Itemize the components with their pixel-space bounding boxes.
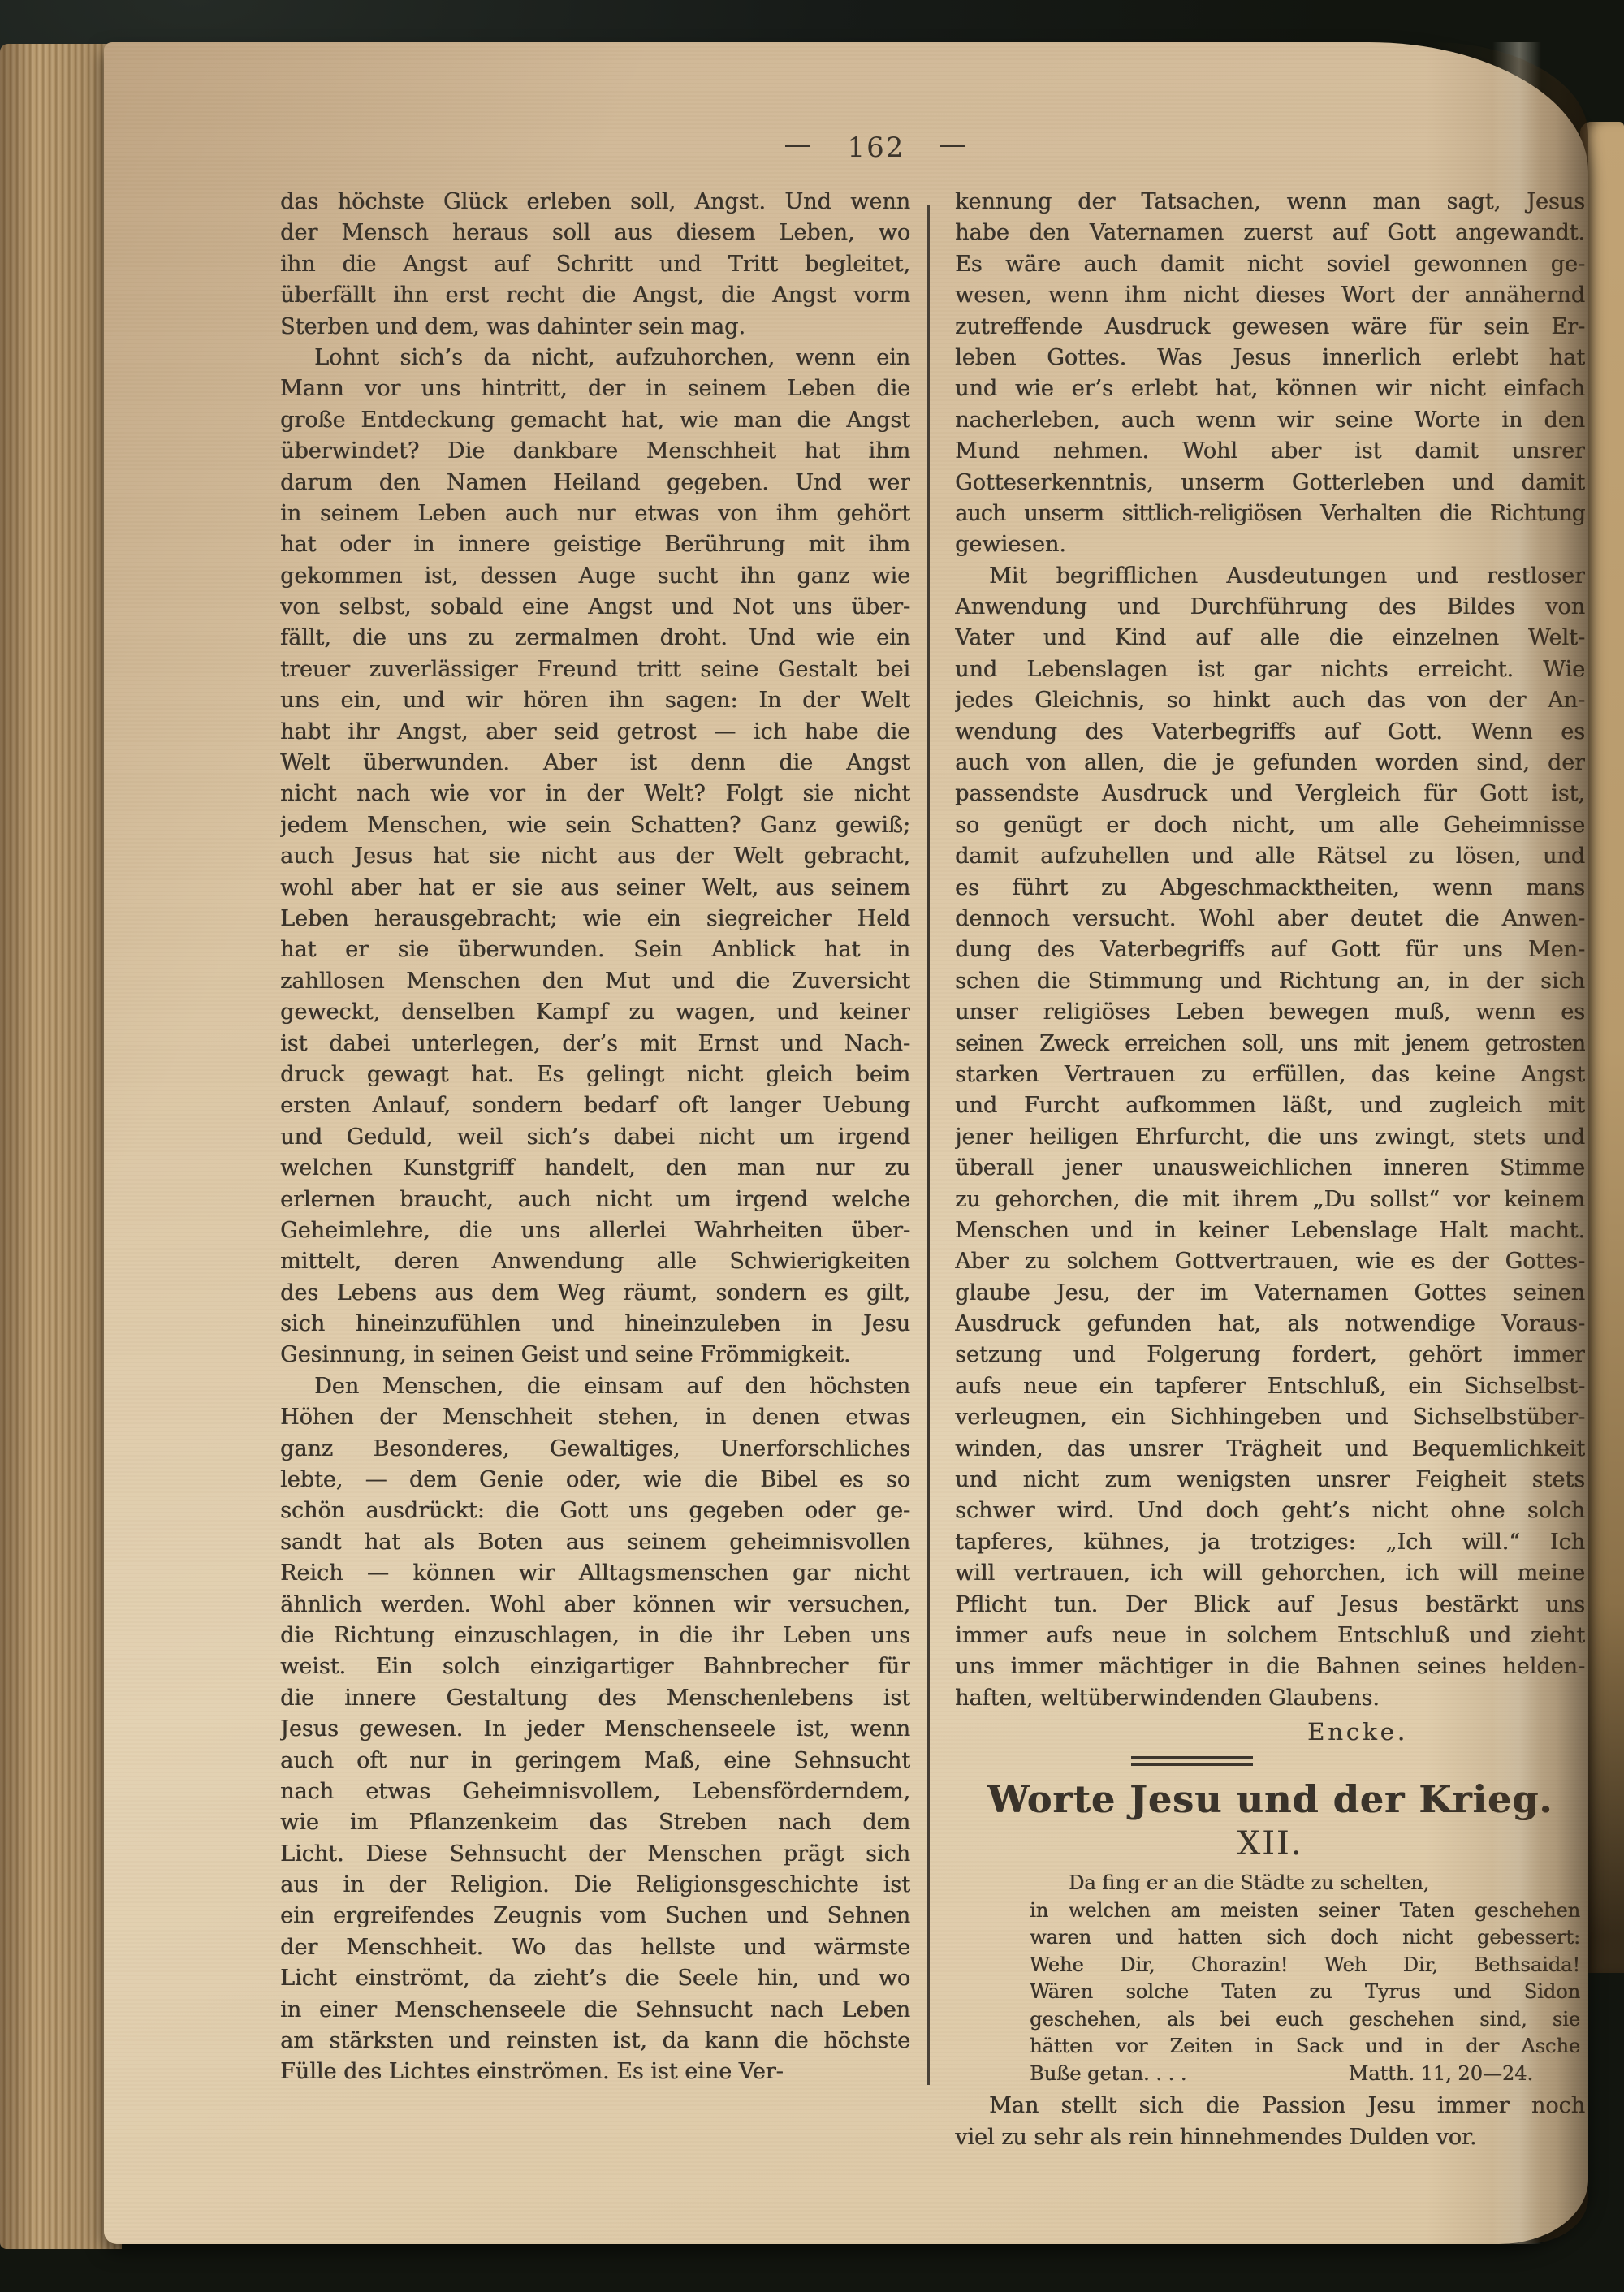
text-line: die innere Gestaltung des Menschenlebens… [280, 1683, 910, 1714]
book-page: —162— das höchste Glück erleben soll, An… [104, 42, 1588, 2244]
text-line: Anwendung und Durchführung des Bildes vo… [955, 592, 1585, 623]
paragraph: Man stellt sich die Passion Jesu immer n… [955, 2091, 1585, 2153]
section-title: Worte Jesu und der Krieg. [955, 1776, 1585, 1823]
text-line: starken Vertrauen zu erfüllen, das keine… [955, 1060, 1585, 1090]
text-line: leben Gottes. Was Jesus innerlich erlebt… [955, 343, 1585, 373]
text-line: erlernen braucht, auch nicht um irgend w… [280, 1185, 910, 1215]
text-line: aufs neue ein tapferer Entschluß, ein Si… [955, 1371, 1585, 1402]
text-line: mittelt, deren Anwendung alle Schwierigk… [280, 1246, 910, 1277]
text-line: Mann vor uns hintritt, der in seinem Leb… [280, 373, 910, 404]
text-line: passendste Ausdruck und Vergleich für Go… [955, 779, 1585, 809]
text-line: schön ausdrückt: die Gott uns gegeben od… [280, 1496, 910, 1526]
text-line: hat oder in innere geistige Berührung mi… [280, 529, 910, 560]
text-line: jedem Menschen, wie sein Schatten? Ganz … [280, 810, 910, 841]
text-line: so genügt er doch nicht, um alle Geheimn… [955, 810, 1585, 841]
text-line: Gesinnung, in seinen Geist und seine Frö… [280, 1340, 910, 1370]
section-separator-rule [1131, 1756, 1253, 1766]
left-column: das höchste Glück erleben soll, Angst. U… [280, 187, 910, 2088]
text-line: Geheimlehre, die uns allerlei Wahrheiten… [280, 1215, 910, 1246]
text-line: Gotteserkenntnis, unserm Gotterleben und… [955, 468, 1585, 499]
text-line: Sterben und dem, was dahinter sein mag. [280, 312, 910, 343]
text-line: Höhen der Menschheit stehen, in denen et… [280, 1402, 910, 1433]
text-line: das höchste Glück erleben soll, Angst. U… [280, 187, 910, 218]
text-line: druck gewagt hat. Es gelingt nicht gleic… [280, 1060, 910, 1090]
page-header: —162— [280, 132, 1522, 164]
text-line: Man stellt sich die Passion Jesu immer n… [955, 2091, 1585, 2122]
text-line: zutreffende Ausdruck gewesen wäre für se… [955, 312, 1585, 343]
text-line: Wären solche Taten zu Tyrus und Sidon [1030, 1979, 1580, 2006]
right-column: kennung der Tatsachen, wenn man sagt, Je… [955, 187, 1585, 2153]
text-line: verleugnen, ein Sichhingeben und Sichsel… [955, 1402, 1585, 1433]
text-line: Leben herausgebracht; wie ein siegreiche… [280, 904, 910, 934]
text-line: der Mensch heraus soll aus diesem Leben,… [280, 218, 910, 248]
book-photo: { "page": { "number": "162", "dash_left"… [0, 0, 1624, 2292]
text-line: waren und hatten sich doch nicht gebesse… [1030, 1924, 1580, 1952]
text-line: gewiesen. [955, 529, 1585, 560]
text-line: ganz Besonderes, Gewaltiges, Unerforschl… [280, 1434, 910, 1465]
text-line: Vater und Kind auf alle die einzelnen We… [955, 623, 1585, 654]
text-line: und Lebenslagen ist gar nichts erreicht.… [955, 654, 1585, 685]
text-line: ein ergreifendes Zeugnis vom Suchen und … [280, 1901, 910, 1932]
paragraph: Mit begrifflichen Ausdeutungen und restl… [955, 561, 1585, 1714]
text-line: Fülle des Lichtes einströmen. Es ist ein… [280, 2057, 910, 2087]
text-line: hätten vor Zeiten in Sack und in der Asc… [1030, 2033, 1580, 2061]
text-line: Es wäre auch damit nicht soviel gewonnen… [955, 249, 1585, 280]
text-line: in welchen am meisten seiner Taten gesch… [1030, 1897, 1580, 1925]
text-line: unser religiöses Leben bewegen muß, wenn… [955, 997, 1585, 1028]
text-line: seinen Zweck erreichen soll, uns mit jen… [955, 1029, 1585, 1060]
text-line: Pflicht tun. Der Blick auf Jesus bestärk… [955, 1590, 1585, 1621]
paragraph: das höchste Glück erleben soll, Angst. U… [280, 187, 910, 343]
text-line: Wehe Dir, Chorazin! Weh Dir, Bethsaida! [1030, 1952, 1580, 1979]
text-line: jedes Gleichnis, so hinkt auch das von d… [955, 685, 1585, 716]
text-line: wesen, wenn ihm nicht dieses Wort der an… [955, 280, 1585, 311]
text-line: zahllosen Menschen den Mut und die Zuver… [280, 966, 910, 997]
text-line: und wie er’s erlebt hat, können wir nich… [955, 373, 1585, 404]
page-number: 162 [848, 132, 905, 164]
text-line: lebte, — dem Genie oder, wie die Bibel e… [280, 1465, 910, 1496]
quote-citation: Matth. 11, 20—24. [1349, 2061, 1580, 2088]
text-line: glaube Jesu, der im Vaternamen Gottes se… [955, 1278, 1585, 1309]
text-line: nicht nach wie vor in der Welt? Folgt si… [280, 779, 910, 809]
text-line: kennung der Tatsachen, wenn man sagt, Je… [955, 187, 1585, 218]
text-line: in einer Menschenseele die Sehnsucht nac… [280, 1995, 910, 2026]
text-line: immer aufs neue in solchem Entschluß und… [955, 1621, 1585, 1651]
paragraph: Lohnt sich’s da nicht, aufzuhorchen, wen… [280, 343, 910, 1371]
text-line: habe den Vaternamen zuerst auf Gott ange… [955, 218, 1585, 248]
section-numeral: XII. [955, 1823, 1585, 1865]
text-line: auch unserm sittlich-religiösen Verhalte… [955, 499, 1585, 529]
text-line: ersten Anlauf, sondern bedarf oft langer… [280, 1090, 910, 1121]
text-line: am stärksten und reinsten ist, da kann d… [280, 2026, 910, 2057]
column-divider-rule [927, 205, 930, 2085]
text-line: sich hineinzufühlen und hineinzuleben in… [280, 1309, 910, 1340]
text-line: Jesus gewesen. In jeder Menschenseele is… [280, 1714, 910, 1745]
text-line: überwindet? Die dankbare Menschheit hat … [280, 436, 910, 467]
text-line: des Lebens aus dem Weg räumt, sondern es… [280, 1278, 910, 1309]
text-line: uns immer mächtiger in die Bahnen seines… [955, 1651, 1585, 1682]
text-line: Aber zu solchem Gottvertrauen, wie es de… [955, 1246, 1585, 1277]
text-line: sandt hat als Boten aus seinem geheimnis… [280, 1527, 910, 1558]
text-line: fällt, die uns zu zermalmen droht. Und w… [280, 623, 910, 654]
text-line: ähnlich werden. Wohl aber können wir ver… [280, 1590, 910, 1621]
quote-closing-text: Buße getan. . . . [1030, 2061, 1186, 2088]
text-line: Den Menschen, die einsam auf den höchste… [280, 1371, 910, 1402]
text-line: uns ein, und wir hören ihn sagen: In der… [280, 685, 910, 716]
text-line: schwer wird. Und doch geht’s nicht ohne … [955, 1496, 1585, 1526]
text-line: und nicht zum wenigsten unsrer Feigheit … [955, 1465, 1585, 1496]
text-line: treuer zuverlässiger Freund tritt seine … [280, 654, 910, 685]
text-line: schen die Stimmung und Richtung an, in d… [955, 966, 1585, 997]
article-signature: Encke. [955, 1714, 1585, 1750]
text-line: aus in der Religion. Die Religionsgeschi… [280, 1870, 910, 1901]
text-line: auch Jesus hat sie nicht aus der Welt ge… [280, 841, 910, 872]
text-line: der Menschheit. Wo das hellste und wärms… [280, 1932, 910, 1963]
text-line: zu gehorchen, die mit ihrem „Du sollst“ … [955, 1185, 1585, 1215]
text-line: welchen Kunstgriff handelt, den man nur … [280, 1153, 910, 1184]
text-line: Mund nehmen. Wohl aber ist damit unsrer [955, 436, 1585, 467]
text-line: in seinem Leben auch nur etwas von ihm g… [280, 499, 910, 529]
text-line: Welt überwunden. Aber ist denn die Angst [280, 748, 910, 779]
text-line: ihn die Angst auf Schritt und Tritt begl… [280, 249, 910, 280]
text-line: Licht. Diese Sehnsucht der Menschen präg… [280, 1839, 910, 1870]
text-line: dennoch versucht. Wohl aber deutet die A… [955, 904, 1585, 934]
header-dash-right: — [939, 128, 968, 161]
text-line: haften, weltüberwindenden Glaubens. [955, 1683, 1585, 1714]
quote-last-line: Buße getan. . . . Matth. 11, 20—24. [1030, 2061, 1580, 2088]
text-line: Reich — können wir Alltagsmenschen gar n… [280, 1558, 910, 1589]
text-line: viel zu sehr als rein hinnehmendes Dulde… [955, 2122, 1585, 2153]
paragraph: Den Menschen, die einsam auf den höchste… [280, 1371, 910, 2088]
text-line: jener heiligen Ehrfurcht, die uns zwingt… [955, 1122, 1585, 1153]
text-line: setzung und Folgerung fordert, gehört im… [955, 1340, 1585, 1370]
text-line: wohl aber hat er sie aus seiner Welt, au… [280, 873, 910, 904]
text-line: winden, das unsrer Trägheit und Bequemli… [955, 1434, 1585, 1465]
text-line: damit aufzuhellen und alle Rätsel zu lös… [955, 841, 1585, 872]
text-line: von selbst, sobald eine Angst und Not un… [280, 592, 910, 623]
text-line: will vertrauen, ich will gehorchen, ich … [955, 1558, 1585, 1589]
text-line: Ausdruck gefunden hat, als notwendige Vo… [955, 1309, 1585, 1340]
text-line: und Geduld, weil sich’s dabei nicht um i… [280, 1122, 910, 1153]
text-line: gekommen ist, dessen Auge sucht ihn ganz… [280, 561, 910, 592]
text-line: überfällt ihn erst recht die Angst, die … [280, 280, 910, 311]
text-line: die Richtung einzuschlagen, in die ihr L… [280, 1621, 910, 1651]
text-line: wendung des Vaterbegriffs auf Gott. Wenn… [955, 717, 1585, 748]
text-line: ist dabei unterlegen, der’s mit Ernst un… [280, 1029, 910, 1060]
text-line: hat er sie überwunden. Sein Anblick hat … [280, 934, 910, 965]
text-line: nacherleben, auch wenn wir seine Worte i… [955, 405, 1585, 436]
text-line: Menschen und in keiner Lebenslage Halt m… [955, 1215, 1585, 1246]
text-line: habt ihr Angst, aber seid getrost — ich … [280, 717, 910, 748]
text-line: überall jener unausweichlichen inneren S… [955, 1153, 1585, 1184]
text-line: darum den Namen Heiland gegeben. Und wer [280, 468, 910, 499]
header-dash-left: — [784, 128, 814, 161]
text-line: weist. Ein solch einzigartiger Bahnbrech… [280, 1651, 910, 1682]
quote-lines: Da fing er an die Städte zu schelten,in … [1030, 1870, 1580, 2061]
text-line: dung des Vaterbegriffs auf Gott für uns … [955, 934, 1585, 965]
text-line: geweckt, denselben Kampf zu wagen, und k… [280, 997, 910, 1028]
text-line: nach etwas Geheimnisvollem, Lebensförder… [280, 1776, 910, 1807]
section-body: Man stellt sich die Passion Jesu immer n… [955, 2091, 1585, 2153]
text-line: und Furcht aufkommen läßt, und zugleich … [955, 1090, 1585, 1121]
text-line: wie im Pflanzenkeim das Streben nach dem [280, 1807, 910, 1838]
text-line: es führt zu Abgeschmacktheiten, wenn man… [955, 873, 1585, 904]
text-line: Licht einströmt, da zieht’s die Seele hi… [280, 1963, 910, 1994]
text-line: geschehen, als bei euch geschehen sind, … [1030, 2006, 1580, 2034]
paragraph: kennung der Tatsachen, wenn man sagt, Je… [955, 187, 1585, 561]
text-line: auch oft nur in geringem Maß, eine Sehns… [280, 1746, 910, 1776]
text-line: auch von allen, die je gefunden worden s… [955, 748, 1585, 779]
text-line: große Entdeckung gemacht hat, wie man di… [280, 405, 910, 436]
scripture-quote: Da fing er an die Städte zu schelten,in … [1030, 1870, 1580, 2087]
right-column-body: kennung der Tatsachen, wenn man sagt, Je… [955, 187, 1585, 1714]
text-line: Lohnt sich’s da nicht, aufzuhorchen, wen… [280, 343, 910, 373]
text-line: Mit begrifflichen Ausdeutungen und restl… [955, 561, 1585, 592]
text-line: Da fing er an die Städte zu schelten, [1030, 1870, 1580, 1897]
text-line: tapferes, kühnes, ja trotziges: „Ich wil… [955, 1527, 1585, 1558]
